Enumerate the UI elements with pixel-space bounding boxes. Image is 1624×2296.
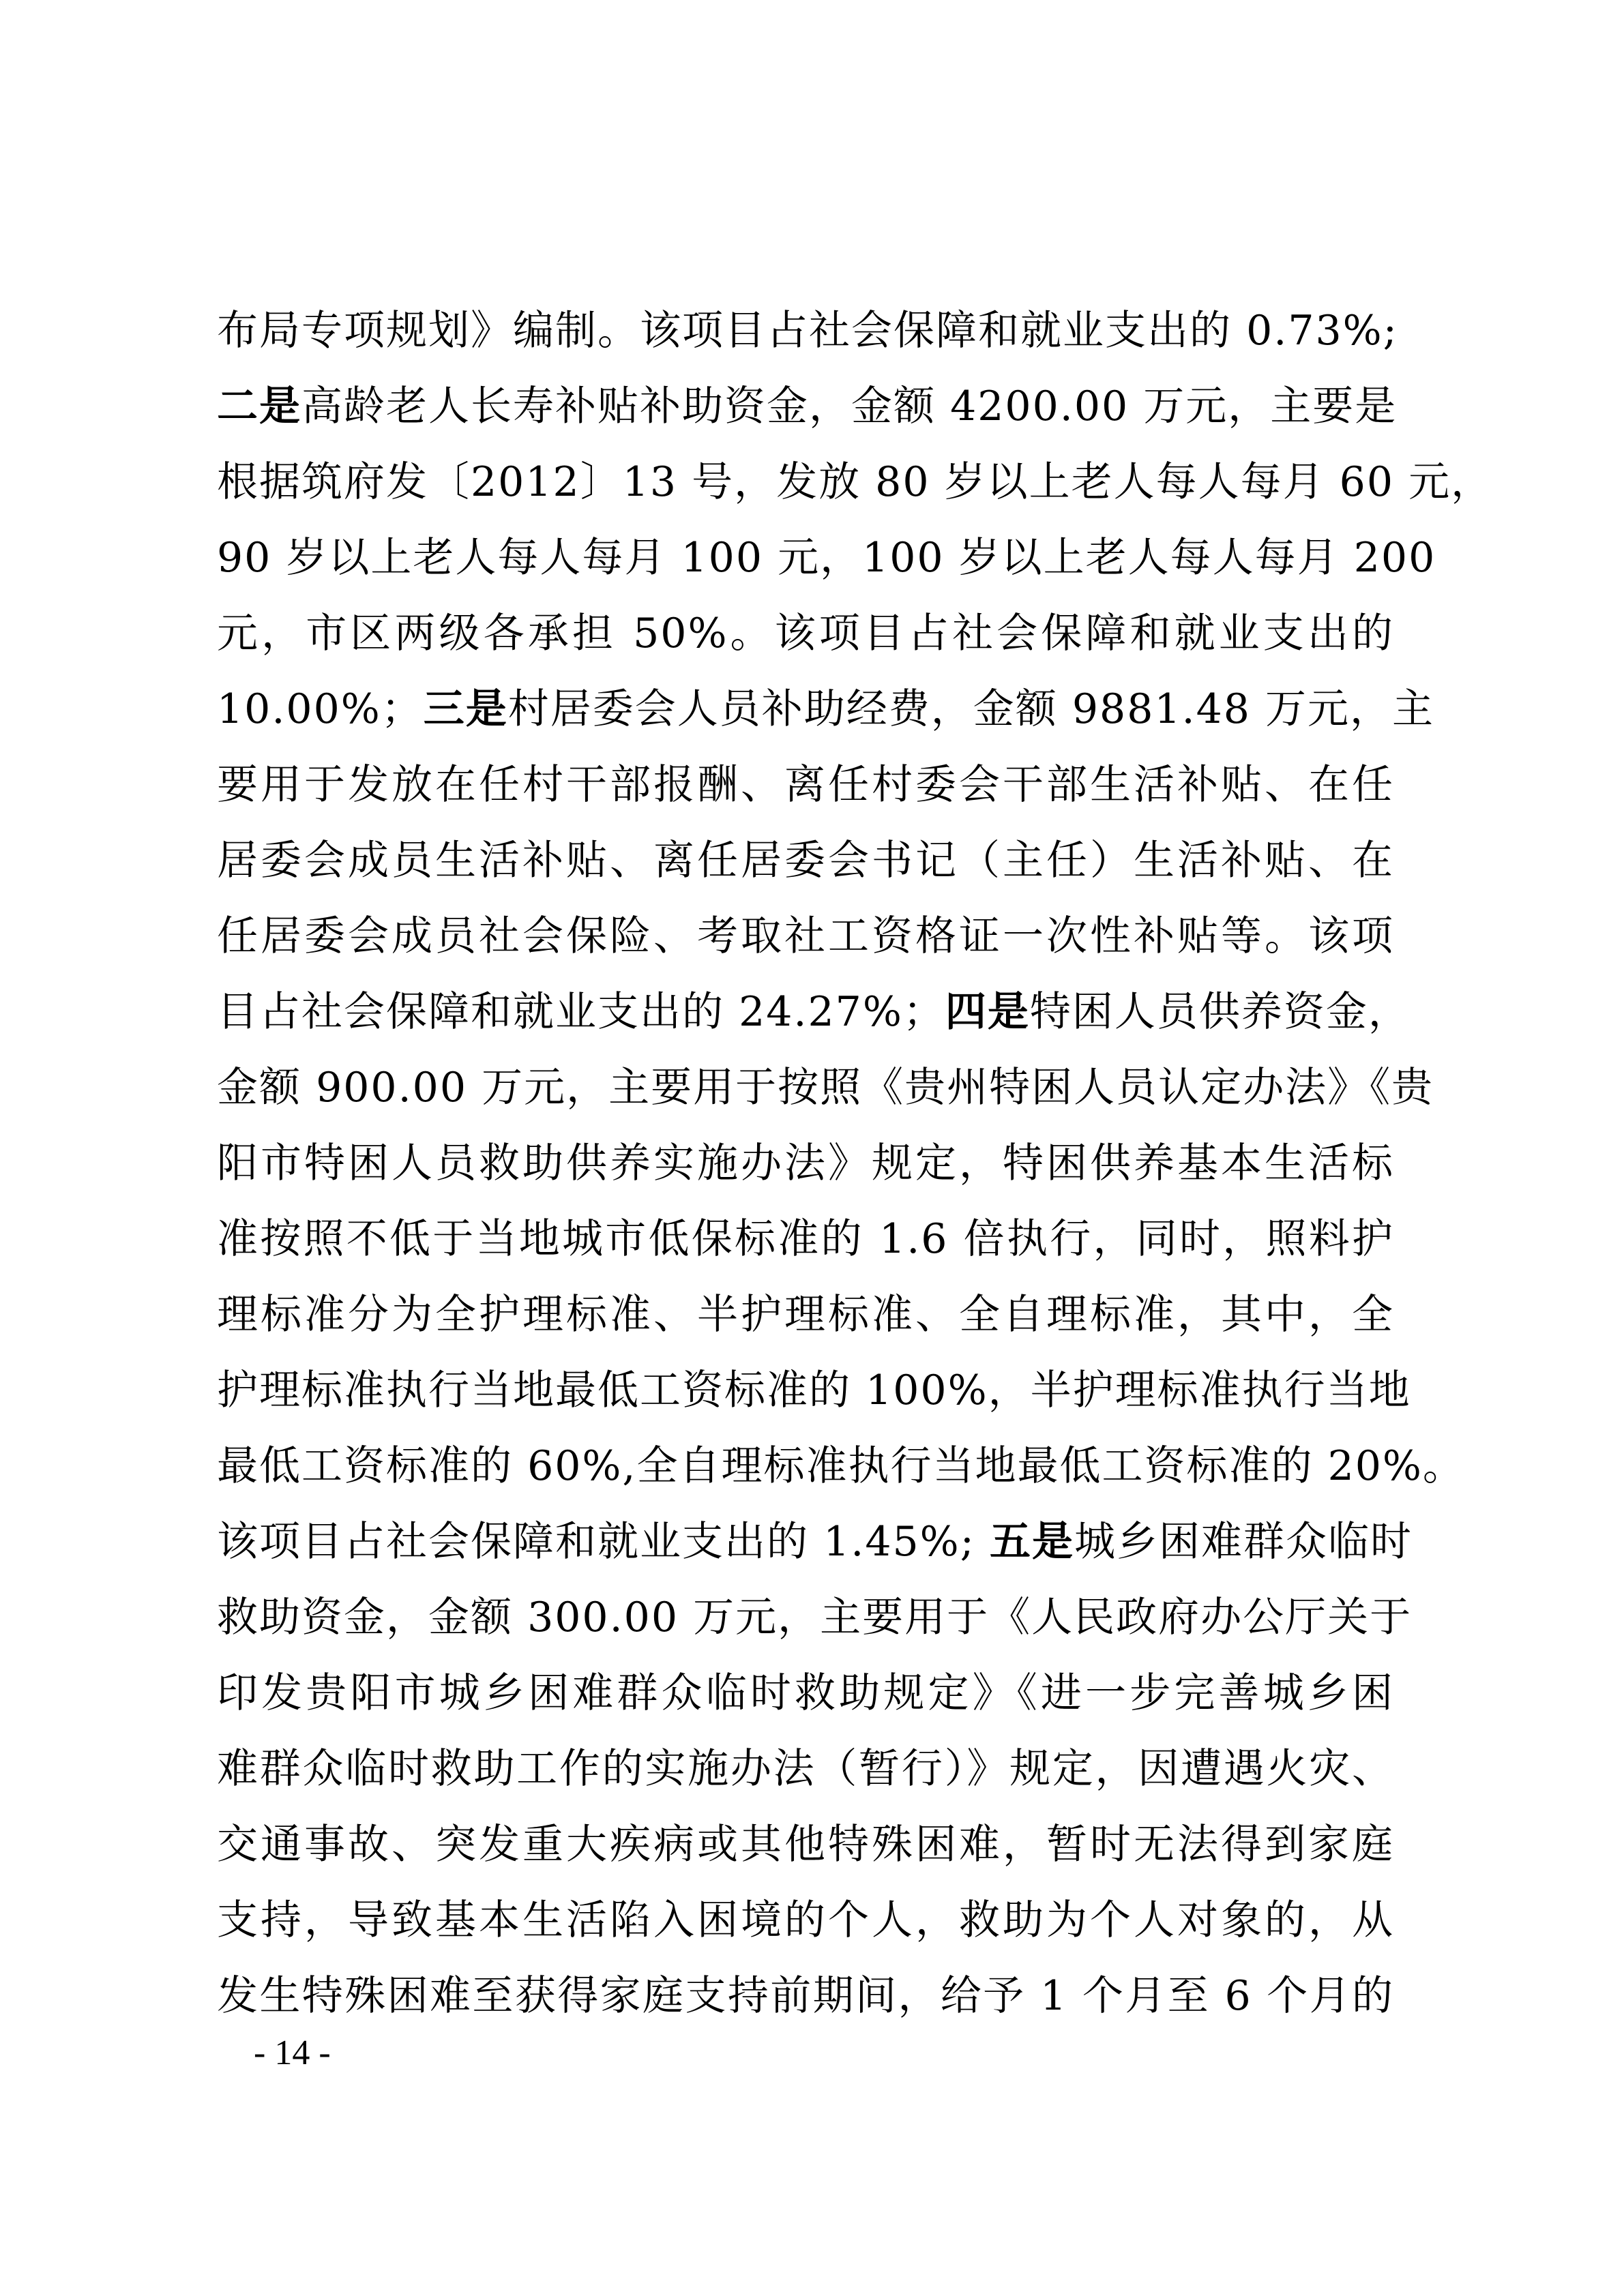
- text-line: 根据筑府发〔2012〕13 号，发放 80 岁以上老人每人每月 60 元，: [217, 445, 1394, 520]
- text-segment: 准按照不低于当地城市低保标准的 1.6 倍执行，同时，照料护: [217, 1215, 1394, 1263]
- text-segment: 村居委会人员补助经费，金额 9881.48 万元，主: [508, 685, 1434, 733]
- text-line: 金额 900.00 万元，主要用于按照《贵州特困人员认定办法》《贵: [217, 1050, 1394, 1126]
- text-line: 理标准分为全护理标准、半护理标准、全自理标准，其中，全: [217, 1277, 1394, 1353]
- text-segment: 最低工资标准的 60%,全自理标准执行当地最低工资标准的 20%。: [217, 1442, 1465, 1490]
- text-segment: 居委会成员生活补贴、离任居委会书记（主任）生活补贴、在: [217, 837, 1394, 884]
- text-line: 印发贵阳市城乡困难群众临时救助规定》《进一步完善城乡困: [217, 1656, 1394, 1731]
- text-line: 阳市特困人员救助供养实施办法》规定，特困供养基本生活标: [217, 1126, 1394, 1202]
- text-segment: 理标准分为全护理标准、半护理标准、全自理标准，其中，全: [217, 1291, 1394, 1339]
- text-line: 准按照不低于当地城市低保标准的 1.6 倍执行，同时，照料护: [217, 1202, 1394, 1277]
- text-line: 支持，导致基本生活陷入困境的个人，救助为个人对象的，从: [217, 1883, 1394, 1958]
- text-segment: 要用于发放在任村干部报酬、离任村委会干部生活补贴、在任: [217, 761, 1394, 809]
- text-segment: 高龄老人长寿补贴补助资金，金额 4200.00 万元，主要是: [301, 383, 1397, 430]
- text-segment: 任居委会成员社会保险、考取社工资格证一次性补贴等。该项: [217, 912, 1394, 960]
- text-segment: 元，市区两级各承担 50%。该项目占社会保障和就业支出的: [217, 610, 1394, 657]
- text-line: 10.00%；三是村居委会人员补助经费，金额 9881.48 万元，主: [217, 672, 1394, 747]
- text-segment: 根据筑府发〔2012〕13 号，发放 80 岁以上老人每人每月 60 元，: [217, 458, 1493, 506]
- text-line: 90 岁以上老人每人每月 100 元，100 岁以上老人每人每月 200: [217, 520, 1394, 596]
- text-segment: 该项目占社会保障和就业支出的 1.45%;: [217, 1518, 990, 1566]
- text-line: 目占社会保障和就业支出的 24.27%；四是特困人员供养资金，: [217, 974, 1394, 1050]
- bold-item-marker: 五是: [990, 1518, 1074, 1566]
- bold-item-marker: 二是: [217, 383, 301, 430]
- text-line: 布局专项规划》编制。该项目占社会保障和就业支出的 0.73%;: [217, 293, 1394, 369]
- bold-item-marker: 三是: [424, 685, 508, 733]
- page-number: - 14 -: [254, 2032, 331, 2074]
- text-line: 难群众临时救助工作的实施办法（暂行）》规定，因遭遇火灾、: [217, 1731, 1394, 1807]
- text-segment: 难群众临时救助工作的实施办法（暂行）》规定，因遭遇火灾、: [217, 1745, 1394, 1793]
- text-line: 要用于发放在任村干部报酬、离任村委会干部生活补贴、在任: [217, 747, 1394, 823]
- text-line: 救助资金，金额 300.00 万元，主要用于《人民政府办公厅关于: [217, 1580, 1394, 1656]
- text-segment: 印发贵阳市城乡困难群众临时救助规定》《进一步完善城乡困: [217, 1669, 1394, 1717]
- bold-item-marker: 四是: [945, 988, 1030, 1036]
- text-line: 任居委会成员社会保险、考取社工资格证一次性补贴等。该项: [217, 899, 1394, 974]
- text-segment: 特困人员供养资金，: [1030, 988, 1411, 1036]
- text-segment: 支持，导致基本生活陷入困境的个人，救助为个人对象的，从: [217, 1896, 1394, 1944]
- document-page: 布局专项规划》编制。该项目占社会保障和就业支出的 0.73%;二是高龄老人长寿补…: [0, 0, 1624, 2296]
- text-line: 居委会成员生活补贴、离任居委会书记（主任）生活补贴、在: [217, 823, 1394, 899]
- text-segment: 金额 900.00 万元，主要用于按照《贵州特困人员认定办法》《贵: [217, 1064, 1434, 1112]
- text-line: 护理标准执行当地最低工资标准的 100%，半护理标准执行当地: [217, 1353, 1394, 1429]
- text-segment: 救助资金，金额 300.00 万元，主要用于《人民政府办公厅关于: [217, 1594, 1412, 1641]
- text-line: 元，市区两级各承担 50%。该项目占社会保障和就业支出的: [217, 596, 1394, 672]
- text-line: 交通事故、突发重大疾病或其他特殊困难，暂时无法得到家庭: [217, 1807, 1394, 1883]
- text-line: 该项目占社会保障和就业支出的 1.45%; 五是城乡困难群众临时: [217, 1504, 1394, 1580]
- text-segment: 布局专项规划》编制。该项目占社会保障和就业支出的 0.73%;: [217, 307, 1398, 355]
- text-segment: 10.00%；: [217, 685, 424, 733]
- text-segment: 城乡困难群众临时: [1074, 1518, 1413, 1566]
- text-segment: 90 岁以上老人每人每月 100 元，100 岁以上老人每人每月 200: [217, 534, 1436, 582]
- text-segment: 护理标准执行当地最低工资标准的 100%，半护理标准执行当地: [217, 1367, 1411, 1414]
- text-line: 发生特殊困难至获得家庭支持前期间，给予 1 个月至 6 个月的: [217, 1958, 1394, 2034]
- text-segment: 发生特殊困难至获得家庭支持前期间，给予 1 个月至 6 个月的: [217, 1972, 1394, 2020]
- text-line: 二是高龄老人长寿补贴补助资金，金额 4200.00 万元，主要是: [217, 369, 1394, 445]
- body-text: 布局专项规划》编制。该项目占社会保障和就业支出的 0.73%;二是高龄老人长寿补…: [217, 293, 1394, 2034]
- text-segment: 阳市特困人员救助供养实施办法》规定，特困供养基本生活标: [217, 1139, 1394, 1187]
- text-line: 最低工资标准的 60%,全自理标准执行当地最低工资标准的 20%。: [217, 1429, 1394, 1504]
- text-segment: 交通事故、突发重大疾病或其他特殊困难，暂时无法得到家庭: [217, 1821, 1394, 1868]
- text-segment: 目占社会保障和就业支出的 24.27%；: [217, 988, 945, 1036]
